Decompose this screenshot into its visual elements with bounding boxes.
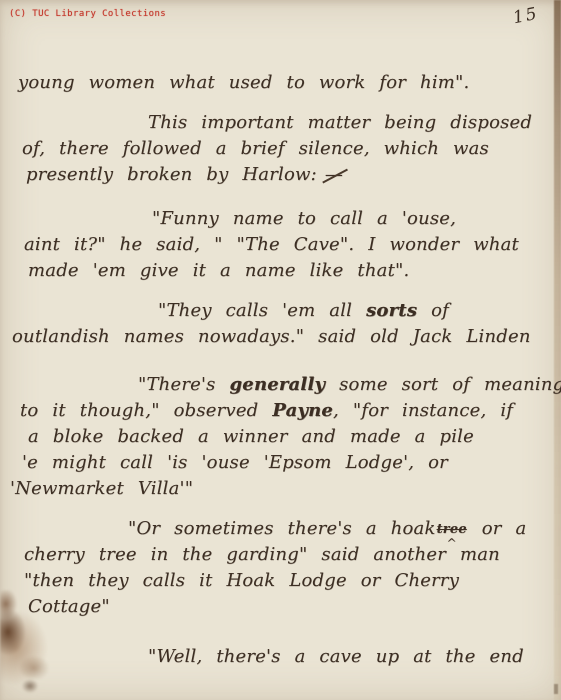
text-segment: to it though," observed: [20, 400, 272, 421]
inserted-word-above-line: tree^: [437, 531, 467, 542]
text-segment: 'e might call 'is 'ouse 'Epsom Lodge', o…: [22, 452, 448, 473]
manuscript-line: to it though," observed Payne, "for inst…: [0, 398, 561, 424]
text-segment: "Or sometimes there's a hoak: [128, 518, 436, 539]
manuscript-paragraph: "Funny name to call a 'ouse,aint it?" he…: [0, 206, 561, 284]
text-segment: "Well, there's a cave up at the end: [148, 646, 524, 667]
text-segment: sorts: [366, 300, 417, 321]
text-segment: generally: [230, 374, 326, 395]
manuscript-line: a bloke backed a winner and made a pile: [0, 424, 561, 450]
manuscript-line: young women what used to work for him".: [0, 70, 561, 96]
text-segment: presently broken by Harlow:: [26, 164, 317, 185]
corner-mark: [554, 684, 558, 694]
manuscript-line: presently broken by Harlow:—: [0, 162, 561, 188]
text-segment: of: [417, 300, 449, 321]
manuscript-line: "Funny name to call a 'ouse,: [0, 206, 561, 232]
text-segment: This important matter being disposed: [148, 112, 532, 133]
manuscript-line: cherry tree in the garding" said another…: [0, 542, 561, 568]
struck-out-dash: —: [323, 162, 345, 188]
manuscript-photo: { "header": { "watermark": "(C) TUC Libr…: [0, 0, 561, 700]
manuscript-line: "There's generally some sort of meaning: [0, 372, 561, 398]
manuscript-line: This important matter being disposed: [0, 110, 561, 136]
text-segment: some sort of meaning: [325, 374, 561, 395]
manuscript-line: 'e might call 'is 'ouse 'Epsom Lodge', o…: [0, 450, 561, 476]
manuscript-paragraph: This important matter being disposedof, …: [0, 110, 561, 188]
manuscript-line: 'Newmarket Villa'": [0, 476, 561, 502]
text-segment: 'Newmarket Villa'": [10, 478, 193, 499]
copyright-watermark: (C) TUC Library Collections: [9, 9, 166, 19]
manuscript-line: "They calls 'em all sorts of: [0, 298, 561, 324]
manuscript-line: outlandish names nowadays." said old Jac…: [0, 324, 561, 350]
insertion-caret: ^: [447, 538, 457, 542]
manuscript-line: Cottage": [0, 594, 561, 620]
text-segment: "Funny name to call a 'ouse,: [152, 208, 456, 229]
text-segment: or a: [468, 518, 527, 539]
text-segment: "There's: [138, 374, 230, 395]
manuscript-line: "Or sometimes there's a hoaktree^ or a: [0, 516, 561, 542]
text-segment: of, there followed a brief silence, whic…: [22, 138, 489, 159]
manuscript-paragraph: "Well, there's a cave up at the end: [0, 644, 561, 670]
manuscript-line: of, there followed a brief silence, whic…: [0, 136, 561, 162]
text-segment: outlandish names nowadays." said old Jac…: [12, 326, 531, 347]
manuscript-paragraph: "Or sometimes there's a hoaktree^ or ach…: [0, 516, 561, 620]
text-segment: made 'em give it a name like that".: [28, 260, 409, 281]
inserted-word: tree: [437, 524, 467, 535]
text-segment: "then they calls it Hoak Lodge or Cherry: [24, 570, 459, 591]
manuscript-paragraph: young women what used to work for him".: [0, 70, 561, 96]
text-segment: Cottage": [28, 596, 110, 617]
text-segment: , "for instance, if: [333, 400, 513, 421]
text-segment: Payne: [272, 400, 333, 421]
text-segment: cherry tree in the garding" said another…: [24, 544, 500, 565]
manuscript-line: made 'em give it a name like that".: [0, 258, 561, 284]
manuscript-line: "Well, there's a cave up at the end: [0, 644, 561, 670]
manuscript-paragraph: "There's generally some sort of meaningt…: [0, 372, 561, 502]
manuscript-line: aint it?" he said, " "The Cave". I wonde…: [0, 232, 561, 258]
text-segment: a bloke backed a winner and made a pile: [28, 426, 474, 447]
manuscript-line: "then they calls it Hoak Lodge or Cherry: [0, 568, 561, 594]
text-segment: aint it?" he said, " "The Cave". I wonde…: [24, 234, 519, 255]
manuscript-text: young women what used to work for him".T…: [0, 70, 561, 684]
manuscript-paragraph: "They calls 'em all sorts ofoutlandish n…: [0, 298, 561, 350]
text-segment: young women what used to work for him".: [18, 72, 469, 93]
text-segment: "They calls 'em all: [158, 300, 366, 321]
